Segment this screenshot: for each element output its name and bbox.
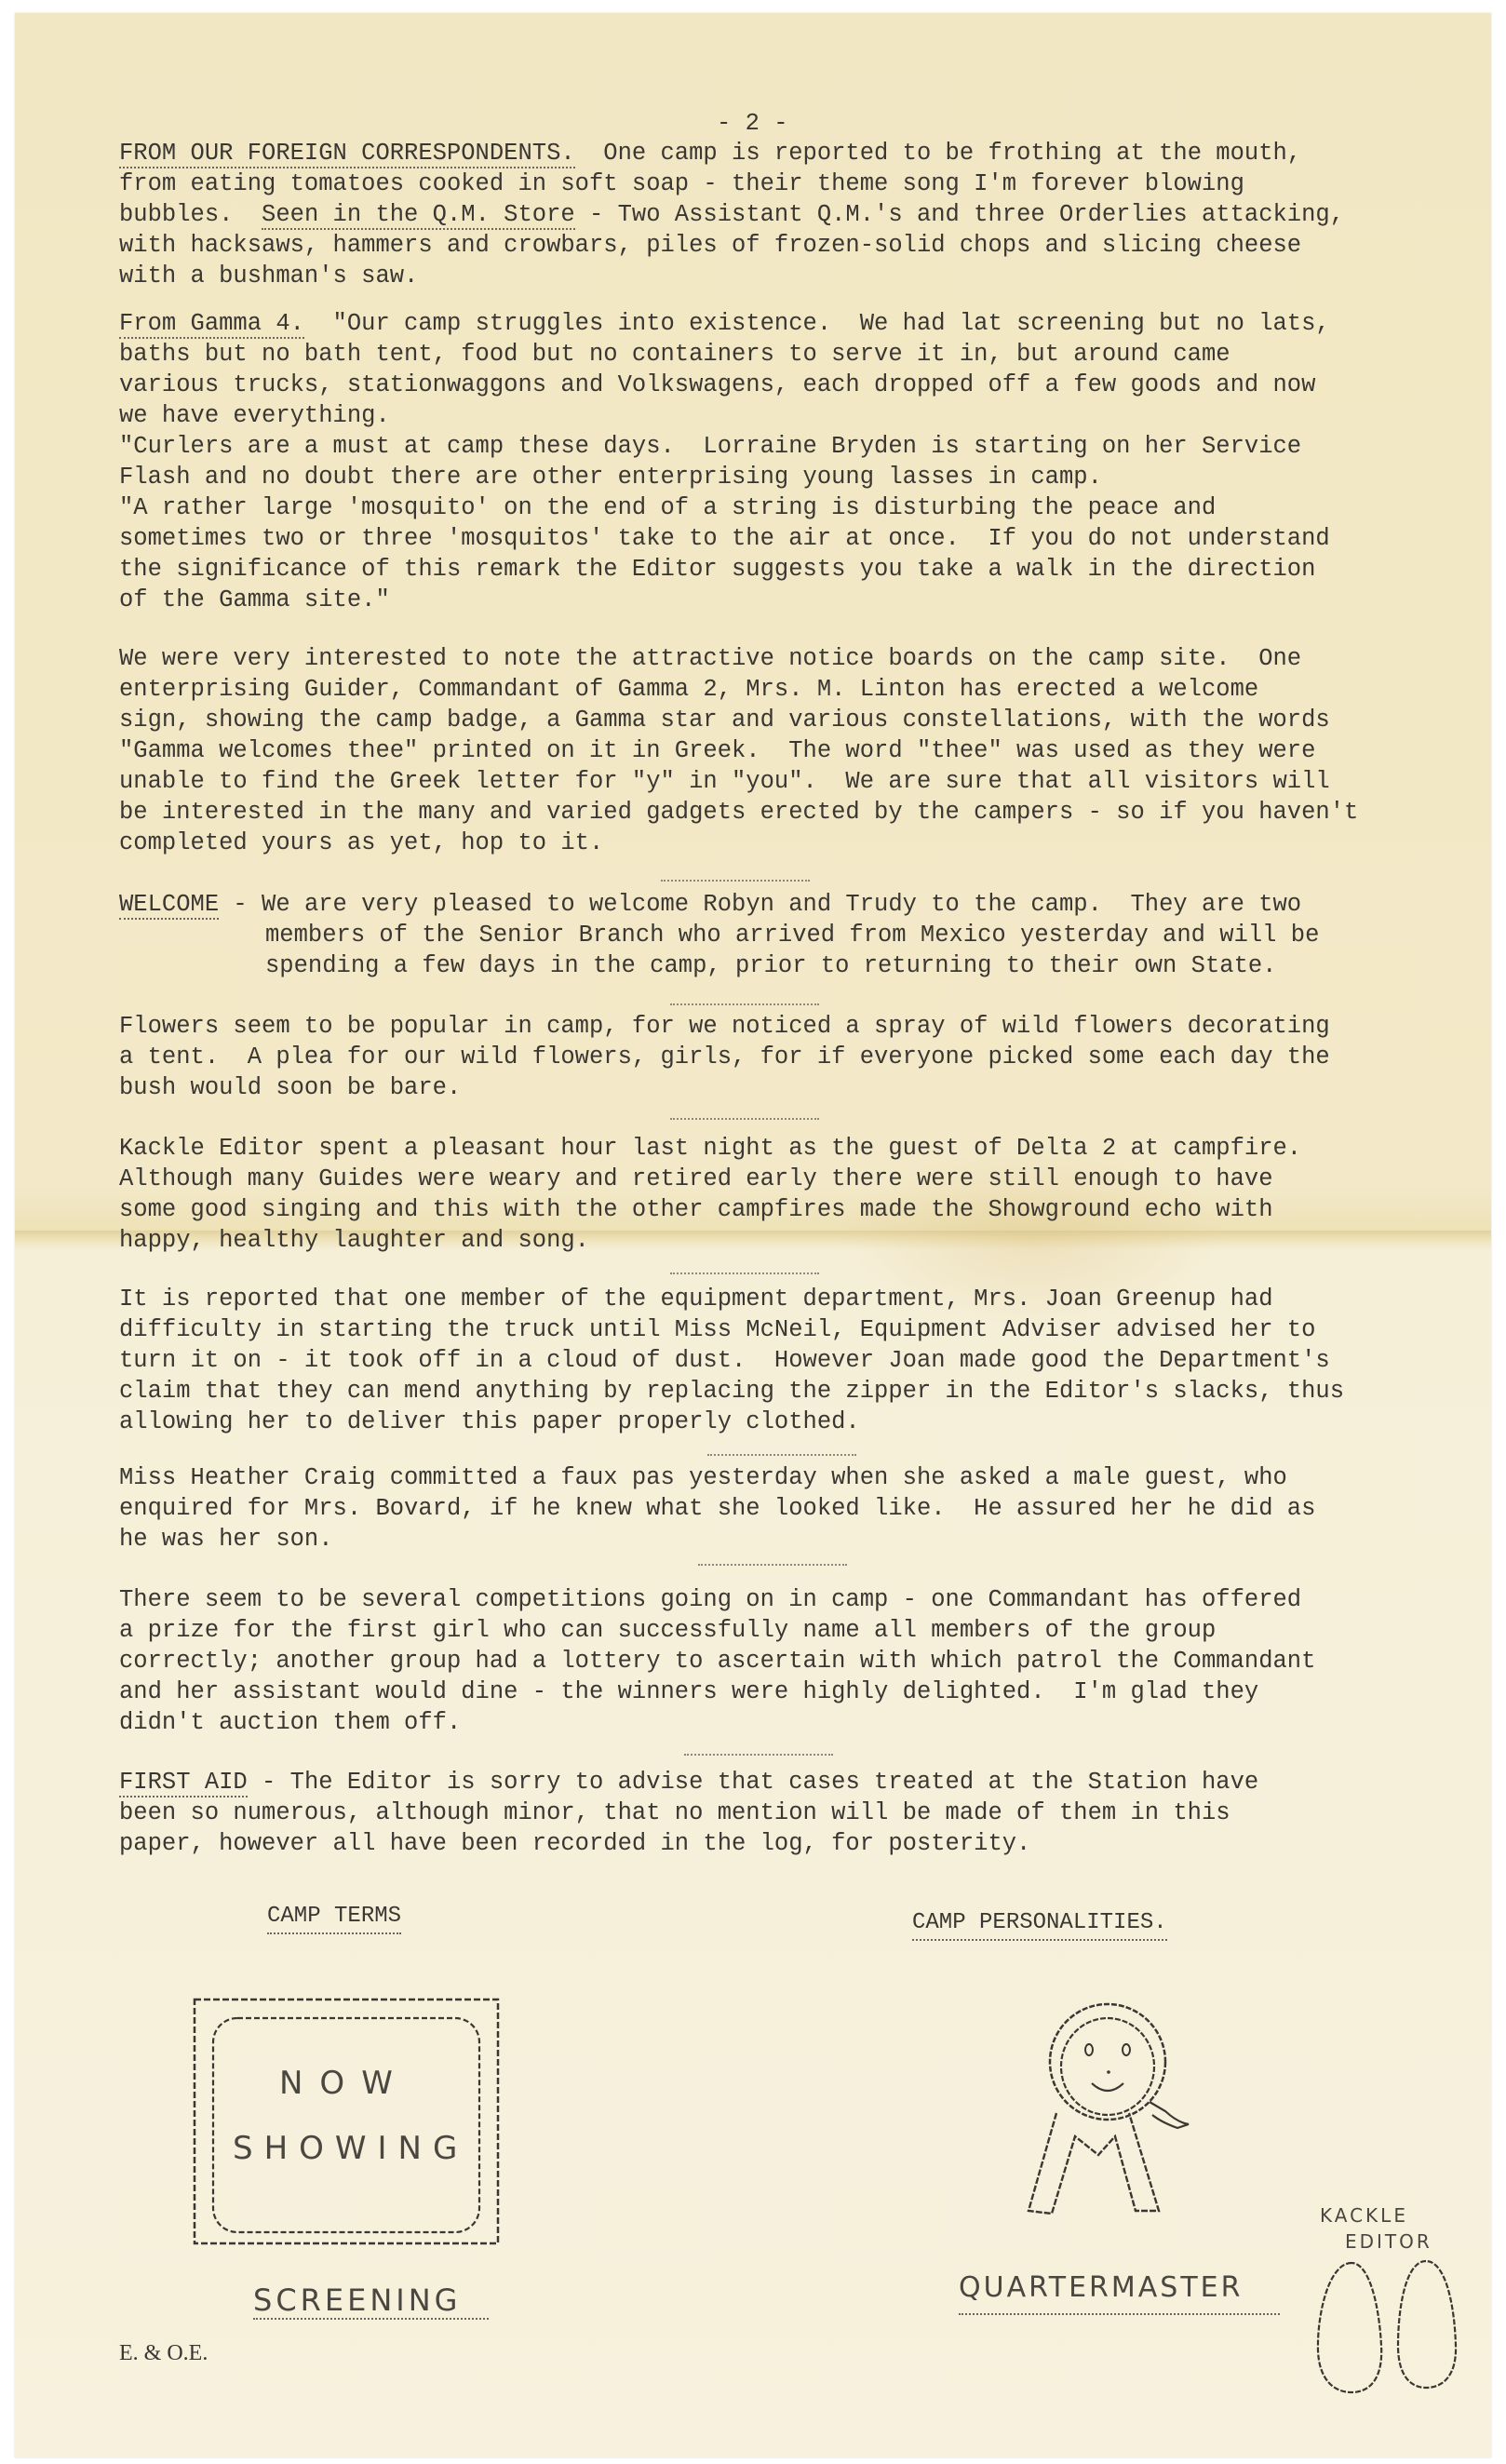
separator (698, 1564, 847, 1566)
paragraph-faux-pas: Miss Heather Craig committed a faux pas … (119, 1462, 1315, 1555)
section-heading-welcome: WELCOME (119, 891, 219, 920)
paragraph-competitions: There seem to be several competitions go… (119, 1584, 1315, 1738)
camp-personalities-heading: CAMP PERSONALITIES. (912, 1910, 1167, 1941)
separator (707, 1454, 856, 1456)
kackle-label-line1: KACKLE (1320, 2204, 1408, 2227)
subheading-qm-store: Seen in the Q.M. Store (262, 201, 575, 230)
separator (661, 880, 810, 882)
separator (670, 1118, 819, 1120)
sign-text-showing: SHOWING (233, 2130, 468, 2167)
separator (670, 1272, 819, 1274)
paragraph-campfire: Kackle Editor spent a pleasant hour last… (119, 1133, 1301, 1256)
quartermaster-caption: QUARTERMASTER (959, 2271, 1280, 2315)
section-heading-foreign: FROM OUR FOREIGN CORRESPONDENTS. (119, 140, 575, 168)
paragraph-flowers: Flowers seem to be popular in camp, for … (119, 1011, 1330, 1103)
paragraph-foreign-correspondents: FROM OUR FOREIGN CORRESPONDENTS. One cam… (119, 138, 1344, 291)
paragraph-gamma-4: From Gamma 4. "Our camp struggles into e… (119, 308, 1330, 615)
camp-terms-caption: SCREENING (253, 2282, 489, 2320)
section-heading-first-aid: FIRST AID (119, 1769, 248, 1798)
separator (684, 1754, 833, 1756)
page-number: - 2 - (717, 110, 788, 137)
paragraph-notice-boards: We were very interested to note the attr… (119, 643, 1358, 858)
paragraph-equipment: It is reported that one member of the eq… (119, 1284, 1344, 1437)
paragraph-first-aid: FIRST AID - The Editor is sorry to advis… (119, 1767, 1258, 1859)
section-heading-gamma4: From Gamma 4. (119, 310, 304, 339)
paragraph-welcome: WELCOME - We are very pleased to welcome… (119, 889, 1319, 981)
camp-terms-heading: CAMP TERMS (267, 1904, 401, 1934)
now-showing-sign-drawing (191, 1992, 507, 2253)
kackle-label-line2: EDITOR (1345, 2230, 1432, 2253)
errors-omissions-excepted-note: E. & O.E. (119, 2341, 208, 2366)
kackle-editor-eggs-icon (1312, 2257, 1475, 2397)
separator (670, 1003, 819, 1005)
sign-text-now: NOW (279, 2065, 410, 2102)
quartermaster-drawing-icon (1005, 2001, 1229, 2215)
